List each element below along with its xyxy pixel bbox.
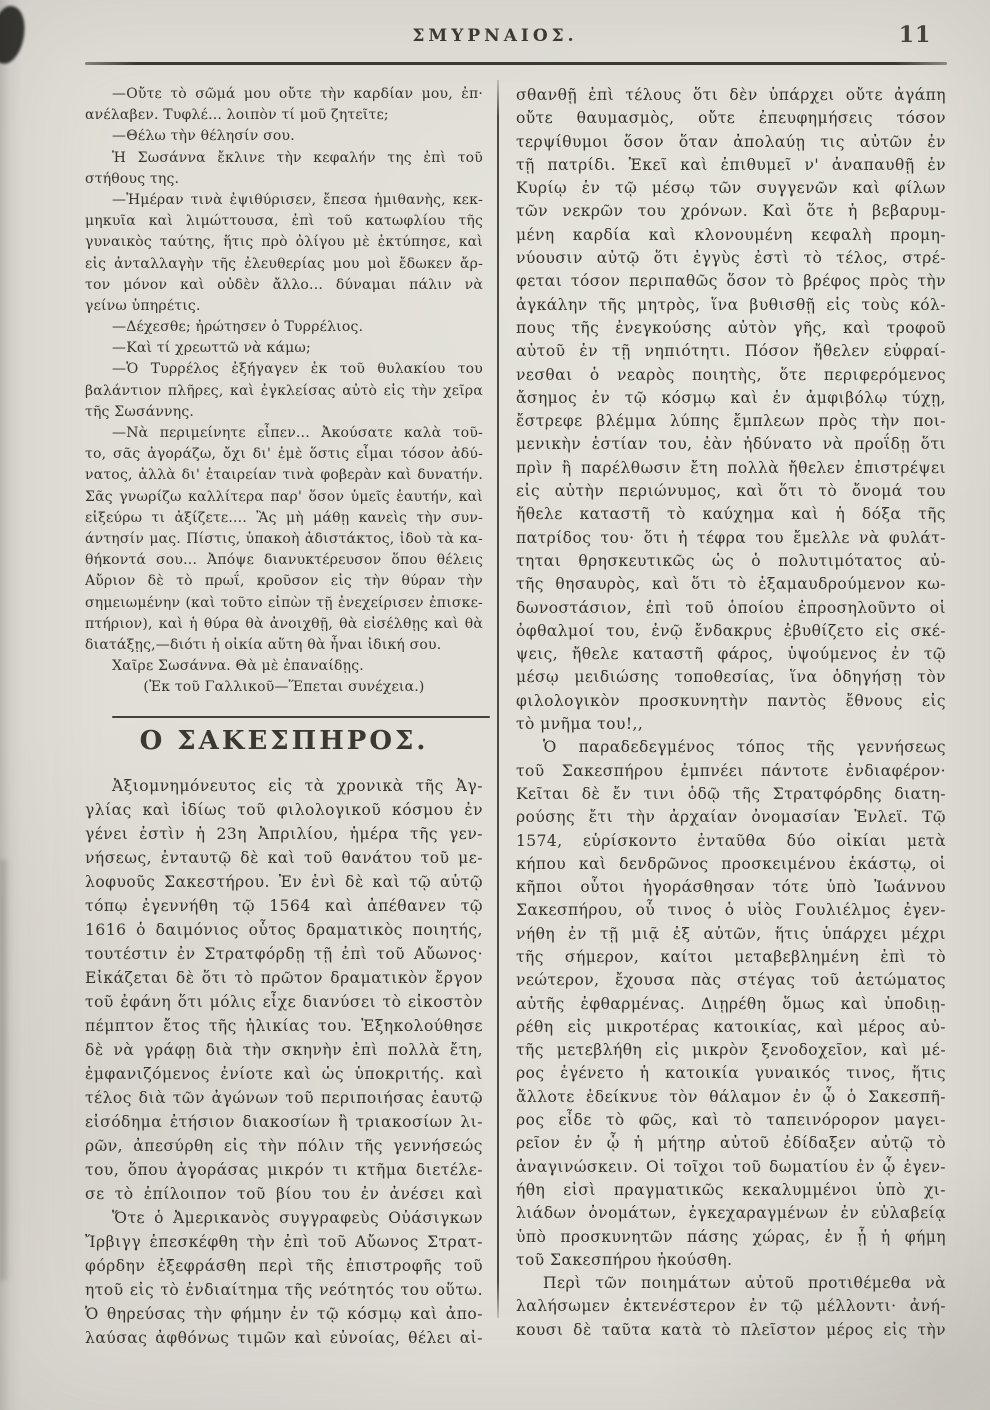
text-line: νήσεως, ἐνταυτῷ δὲ καὶ τοῦ θανάτου τοῦ μ… [85,846,483,870]
text-line: μένη καρδία καὶ κλονουμένη κεφαλὴ προμη- [516,224,946,247]
text-line: γλίας καὶ ἰδίως τοῦ φιλολογικοῦ κόσμου ἐ… [85,798,483,822]
text-line: φιλολογικὸν προσκυνητὴν παντὸς ἔθνους εἰ… [516,690,946,713]
text-line: Χαῖρε Σωσάννα. Θὰ μὲ ἐπαναίδῃς. [85,656,483,677]
text-line: ητοῦ εἰς τὸ ἐνδιαίτημα τῆς νεότητός του … [85,1278,483,1302]
newspaper-page: ΣΜΥΡΝΑΙΟΣ. 11 —Οὔτε τὸ σῶμά μου οὔτε τὴν… [0,0,990,1410]
text-line: τῇ πατρίδι. Ἐκεῖ καὶ ἐπιθυμεῖ ν' ἀναπαυθ… [516,154,946,177]
text-line: σθανθῇ ἐπὶ τέλους ὅτι δὲν ὑπάρχει οὔτε ἀ… [516,84,946,107]
text-line: νήθη ἐν τῇ μιᾷ ἐξ αὐτῶν, ἥτις ὑπάρχει μέ… [516,923,946,946]
text-line: τῆς θησαυρὸς, καὶ ὅτι τὸ ἐξαμαυδρούμενον… [516,573,946,596]
text-line: τῆς μετεβλήθη εἰς μικρὸν ξενοδοχεῖον, κα… [516,1039,946,1062]
section-separator-rule [112,716,490,718]
text-line: μενικὴν ἑστίαν του, ἐὰν ἠδύνατο νὰ προΐδ… [516,433,946,456]
text-line: γένει ἐστὶν ἡ 23η Ἀπριλίου, ἡμέρα τῆς γε… [85,822,483,846]
text-line: αὐτοῦ ἐν τῇ νηπιότητι. Πόσον ἤθελεν εὐφρ… [516,340,946,363]
text-line: εἰς αὐτὴν περιώνυμος, καὶ ὅτι τὸ ὄνομά τ… [516,480,946,503]
text-line: τοῦ ἐφάνη ὅτι μόλις εἶχε διανύσει τὸ εἰκ… [85,990,483,1014]
text-line: Σακεσπήρου, οὗ τινος ὁ υἱὸς Γουλιέλμος ἐ… [516,899,946,922]
text-line: τόπῳ ἐγεννήθη τῷ 1564 καὶ ἀπέθανεν τῷ [85,894,483,918]
text-line: ρούσης ἔτι τὴν ἀρχαίαν ὀνομασίαν Ἐνλεϊ. … [516,806,946,829]
text-line: μηκυῖα καὶ λιμώττουσα, ἐπὶ τοῦ κατωφλίου… [85,211,483,232]
text-line: θήκοντά σου... Ἀπόψε διανυκτέρευσον ὅπου… [85,550,483,571]
text-line: ρῶν, ἀπεσύρθη εἰς τὴν πόλιν τῆς γεννήσεώ… [85,1134,483,1158]
text-line: κῆποι οὗτοι ἠγοράσθησαν τότε ὑπὸ Ἰωάννου [516,876,946,899]
text-line: ρεῖον ἐν ᾧ ἡ μήτηρ αὐτοῦ ἐδίδαξεν αὐτῷ τ… [516,1132,946,1155]
text-line: πρὶν ἢ παρέλθωσιν ἔτη πολλὰ ἤθελεν ἐπιστ… [516,457,946,480]
text-line: τον μόνον καὶ οὐδὲν ἄλλο... δύναμαι πάλι… [85,275,483,296]
masthead-title: ΣΜΥΡΝΑΙΟΣ. [0,26,990,46]
text-line: γείνω ὑπηρέτις. [85,296,483,317]
text-line: νεώτερον, ἔχουσα πὰς στέγας τοῦ ἀετώματο… [516,969,946,992]
text-line: ανέλαβεν. Τυφλέ... λοιπὸν τί μοῦ ζητεῖτε… [85,105,483,126]
text-line: εἰξεύρω τι ἀξίζετε.... Ἂς μὴ μάθῃ κανεὶς… [85,508,483,529]
text-line: Σᾶς γνωρίζω καλλίτερα παρ' ὅσον ὑμεῖς ἑα… [85,487,483,508]
page-number: 11 [880,22,950,48]
text-line: τερψίθυμοι ὅσον ὅταν ἀπολαύῃ τις αὐτῶν ἐ… [516,131,946,154]
text-line: ἐμφανιζόμενος ἐνίοτε καὶ ὡς ὑποκριτής. κ… [85,1062,483,1086]
text-line: ἔστρεφε βλέμμα λύπης ἔμπλεων πρὸς τὴν πο… [516,410,946,433]
text-line: τῆς σήμερον, καίτοι μεταβεβλημένη ἐπὶ τὸ [516,946,946,969]
text-line: πέμπτον ἔτος τῆς ἡλικίας του. Ἐξηκολούθη… [85,1014,483,1038]
text-line: τὸ μνῆμα του!,, [516,713,946,736]
text-line: κήπου καὶ δενδρῶνος προσκειμένου ἑκάστῳ,… [516,853,946,876]
text-line: άντησίν μας. Πίστις, ὑπακοὴ ἀδιστάκτος, … [85,529,483,550]
text-line: —Ὁ Τυρρέλος ἐξήγαγεν ἐκ τοῦ θυλακίου του [85,359,483,380]
text-line: Ἀξιομνημόνευτος εἰς τὰ χρονικὰ τῆς Ἀγ- [85,774,483,798]
text-line: λαλήσωμεν ἐκτενέστερον ἐν τῷ μέλλοντι· ἀ… [516,1295,946,1318]
text-line: πτήριον), καὶ ἡ θύρα θὰ ἀνοιχθῇ, θὰ εἰσέ… [85,614,483,635]
scan-smudge [0,860,10,1280]
text-line: 1574, εὑρίσκοντο ἐνταῦθα δύο οἰκίαι μετὰ [516,830,946,853]
text-line: Εἰκάζεται δὲ ὅτι τὸ πρῶτον δραματικὸν ἔρ… [85,966,483,990]
text-line: στήθους της. [85,169,483,190]
masthead-rule [85,62,947,65]
text-line: Περὶ τῶν ποιημάτων αὐτοῦ προτιθέμεθα νὰ [516,1272,946,1295]
text-line: διατάξῃς,—διότι ἡ οἰκία αὕτη θὰ ἦναι ἰδι… [85,635,483,656]
text-line: Ἴρβιγγ ἐπεσκέφθη τὴν ἐπὶ τοῦ Αὔωνος Στρα… [85,1230,483,1254]
text-line: Ὁ θηρεύσας τὴν φήμην ἐν τῷ κόσμῳ καὶ ἀπο… [85,1302,483,1326]
text-line: νύουσιν αὐτῷ ὅτι ἐγγὺς ἐστὶ τὸ τέλος, στ… [516,247,946,270]
right-column-article-text: σθανθῇ ἐπὶ τέλους ὅτι δὲν ὑπάρχει οὔτε ἀ… [516,84,946,1342]
text-line: δωνοστάσιον, ἐπὶ τοῦ ὁποίου ἐπροσηλοῦντο… [516,597,946,620]
text-line: τέλος διὰ τῶν ἀγώνων τοῦ περιποιήσας ἑαυ… [85,1086,483,1110]
text-line: ρος εἶδε τὸ φῶς, καὶ τὸ ταπεινόρορον μαγ… [516,1109,946,1132]
text-line: —Δέχεσθε; ἠρώτησεν ὁ Τυρρέλιος. [85,317,483,338]
text-line: Ὅτε ὁ Ἀμερικανὸς συγγραφεὺς Οὐάσιγκων [85,1206,483,1230]
text-line: εἰσόδημα ἐτήσιον διακοσίων ἢ τριακοσίων … [85,1110,483,1134]
text-line: ρέθη εἰς μικροτέρας κατοικίας, καὶ μέρος… [516,1016,946,1039]
text-line: φόρδην ἐξεφράσθη περὶ τῆς ἐπιστροφῆς τοῦ… [85,1254,483,1278]
text-line: ἄλλοτε ἐδείκνυε τὸν θάλαμον ἐν ᾧ ὁ Σακεσ… [516,1086,946,1109]
left-column-article-text: Ἀξιομνημόνευτος εἰς τὰ χρονικὰ τῆς Ἀγ-γλ… [85,774,483,1350]
article-title: Ο ΣΑΚΕΣΠΗΡΟΣ. [85,726,483,756]
text-line: τῶν νεκρῶν του χρόνων. Καὶ ὅτε ἡ βεβαρυμ… [516,200,946,223]
text-line: τοῦ Σακεσπήρου ἐμπνέει πάντοτε ἐνδιαφέρο… [516,760,946,783]
text-line: οὔτε θαυμασμὸς, οὔτε ἐπευφημήσεις τόσον [516,107,946,130]
text-line: σε τὸ ἐπίλοιπον τοῦ βίου του ἐν ἀνέσει κ… [85,1182,483,1206]
text-line: Κεῖται δὲ ἔν τινι ὁδῷ τῆς Στρατφόρδης δι… [516,783,946,806]
text-line: Αὔριον δὲ τὸ πρωΐ, κροῦσον εἰς τὴν θύραν… [85,571,483,592]
text-line: ἄσημος ἐν τῷ κόσμῳ καὶ ἐν ἀμφιβόλῳ τύχῃ, [516,387,946,410]
text-line: —Ἡμέραν τινὰ ἐψιθύρισεν, ἔπεσα ἡμιθανὴς,… [85,190,483,211]
text-line: ὑπὸ προσκυνητῶν πάσης χώρας, ἐν ᾗ ἡ φήμη [516,1226,946,1249]
text-line: κουσι δὲ ταῦτα κατὰ τὸ πλεῖστον μέρος εἰ… [516,1319,946,1342]
text-line: ὀφθαλμοί του, ἐνῷ ἔνδακρυς ἐβυθίζετο εἰς… [516,620,946,643]
text-line: του, ὅπου ἀγοράσας μικρόν τι κτῆμα διετέ… [85,1158,483,1182]
text-line: Κυρίῳ ἐν τῷ μέσῳ τῶν συγγενῶν καὶ φίλων [516,177,946,200]
text-line: τῆς Σωσάννης. [85,402,483,423]
text-line: —Καὶ τί χρεωττῶ νὰ κάμω; [85,338,483,359]
text-line: —Οὔτε τὸ σῶμά μου οὔτε τὴν καρδίαν μου, … [85,84,483,105]
text-line: πους τῆς ἐνεγκούσης αὐτὸν γῆς, καὶ τροφο… [516,317,946,340]
text-line: Ἡ Σωσάννα ἔκλινε τὴν κεφαλήν της ἐπὶ τοῦ… [85,148,483,169]
left-column-feuilleton-text: —Οὔτε τὸ σῶμά μου οὔτε τὴν καρδίαν μου, … [85,84,483,698]
text-line: Ὁ παραδεδεγμένος τόπος τῆς γεννήσεως [516,736,946,759]
text-line: (Ἐκ τοῦ Γαλλικοῦ—Ἕπεται συνέχεια.) [85,677,483,698]
text-line: 1616 ὁ δαιμόνιος οὗτος δραματικὸς ποιητή… [85,918,483,942]
text-line: τουτέστιν ἐν Στρατφόρδῃ τῇ ἐπὶ τοῦ Αὔωνο… [85,942,483,966]
text-line: βαλάντιον πλῆρες, καὶ ἐγκλείσας αὐτὸ εἰς… [85,381,483,402]
text-line: τοῦ Σακεσπήρου ἠκούσθη. [516,1249,946,1272]
text-line: λοφυοῦς Σακεστήρου. Ἐν ἑνὶ δὲ καὶ τῷ αὐτ… [85,870,483,894]
text-line: λιάδων ὀνομάτων, ἐγκεχαραγμένων ἐν εὐλαβ… [516,1202,946,1225]
text-line: το, σᾶς ἀγοράζω, ὄχι δι' ἐμὲ ὅστις εἶμαι… [85,444,483,465]
text-line: δὲ νὰ γράφῃ διὰ τὴν σκηνὴν ἐπὶ πολλὰ ἔτη… [85,1038,483,1062]
text-line: αὐτῆς ἐφθαρμένας. Διῃρέθη ὅμως καὶ ὑποδι… [516,993,946,1016]
text-line: ψεις, ἤθελε καταστῆ φάρος, ὑψούμενος ἐν … [516,643,946,666]
text-line: φεται τόσον περιπαθῶς ὅσον τὸ βρέφος πρὸ… [516,270,946,293]
text-line: —Νὰ περιμείνητε εἶπεν... Ἀκούσατε καλὰ τ… [85,423,483,444]
text-line: ἀγκάλην τῆς μητρὸς, ἵνα βυθισθῇ εἰς τοὺς… [516,294,946,317]
text-line: ἀναγινώσκειν. Οἱ τοῖχοι τοῦ δωματίου ἐν … [516,1156,946,1179]
text-line: γυναικὸς ταύτης, ἥτις πρὸ ὀλίγου μὲ ἐκτύ… [85,232,483,253]
text-line: —Θέλω τὴν θέλησίν σου. [85,126,483,147]
text-line: τηται θρησκευτικῶς ὡς ὁ πολυτιμότατος αὐ… [516,550,946,573]
text-line: σημειωμένην (καὶ τοῦτο εἰπὼν τῇ ἐνεχείρι… [85,593,483,614]
text-line: λαύσας ἀφθόνως τιμῶν καὶ εὐνοίας, θέλει … [85,1326,483,1350]
text-line: ρος ἐγένετο ἡ κατοικία γυναικός τινος, ἥ… [516,1062,946,1085]
text-line: πατρίδος του· ὅτι ἡ τέφρα του ἔμελλε νὰ … [516,527,946,550]
text-line: νατος, ἀλλὰ δι' ἑταιρείαν τινὰ φοβερὰν κ… [85,465,483,486]
text-line: ἤθελε καταστῆ τὸ καύχημα καὶ ἡ δόξα τῆς [516,503,946,526]
text-line: μέσῳ μειδιώσης τοποθεσίας, ἵνα ὁδηγήσῃ τ… [516,666,946,689]
text-line: εἰς ἀνταλλαγὴν τῆς ἐλευθερίας μου μοὶ ἔδ… [85,254,483,275]
text-line: νεσθαι ὁ νεαρὸς ποιητὴς, ὅτε περιφερόμεν… [516,364,946,387]
column-divider [497,80,499,1318]
text-line: ήθη εἰσὶ πραγματικῶς κεκαλυμμένοι ὑπὸ χι… [516,1179,946,1202]
